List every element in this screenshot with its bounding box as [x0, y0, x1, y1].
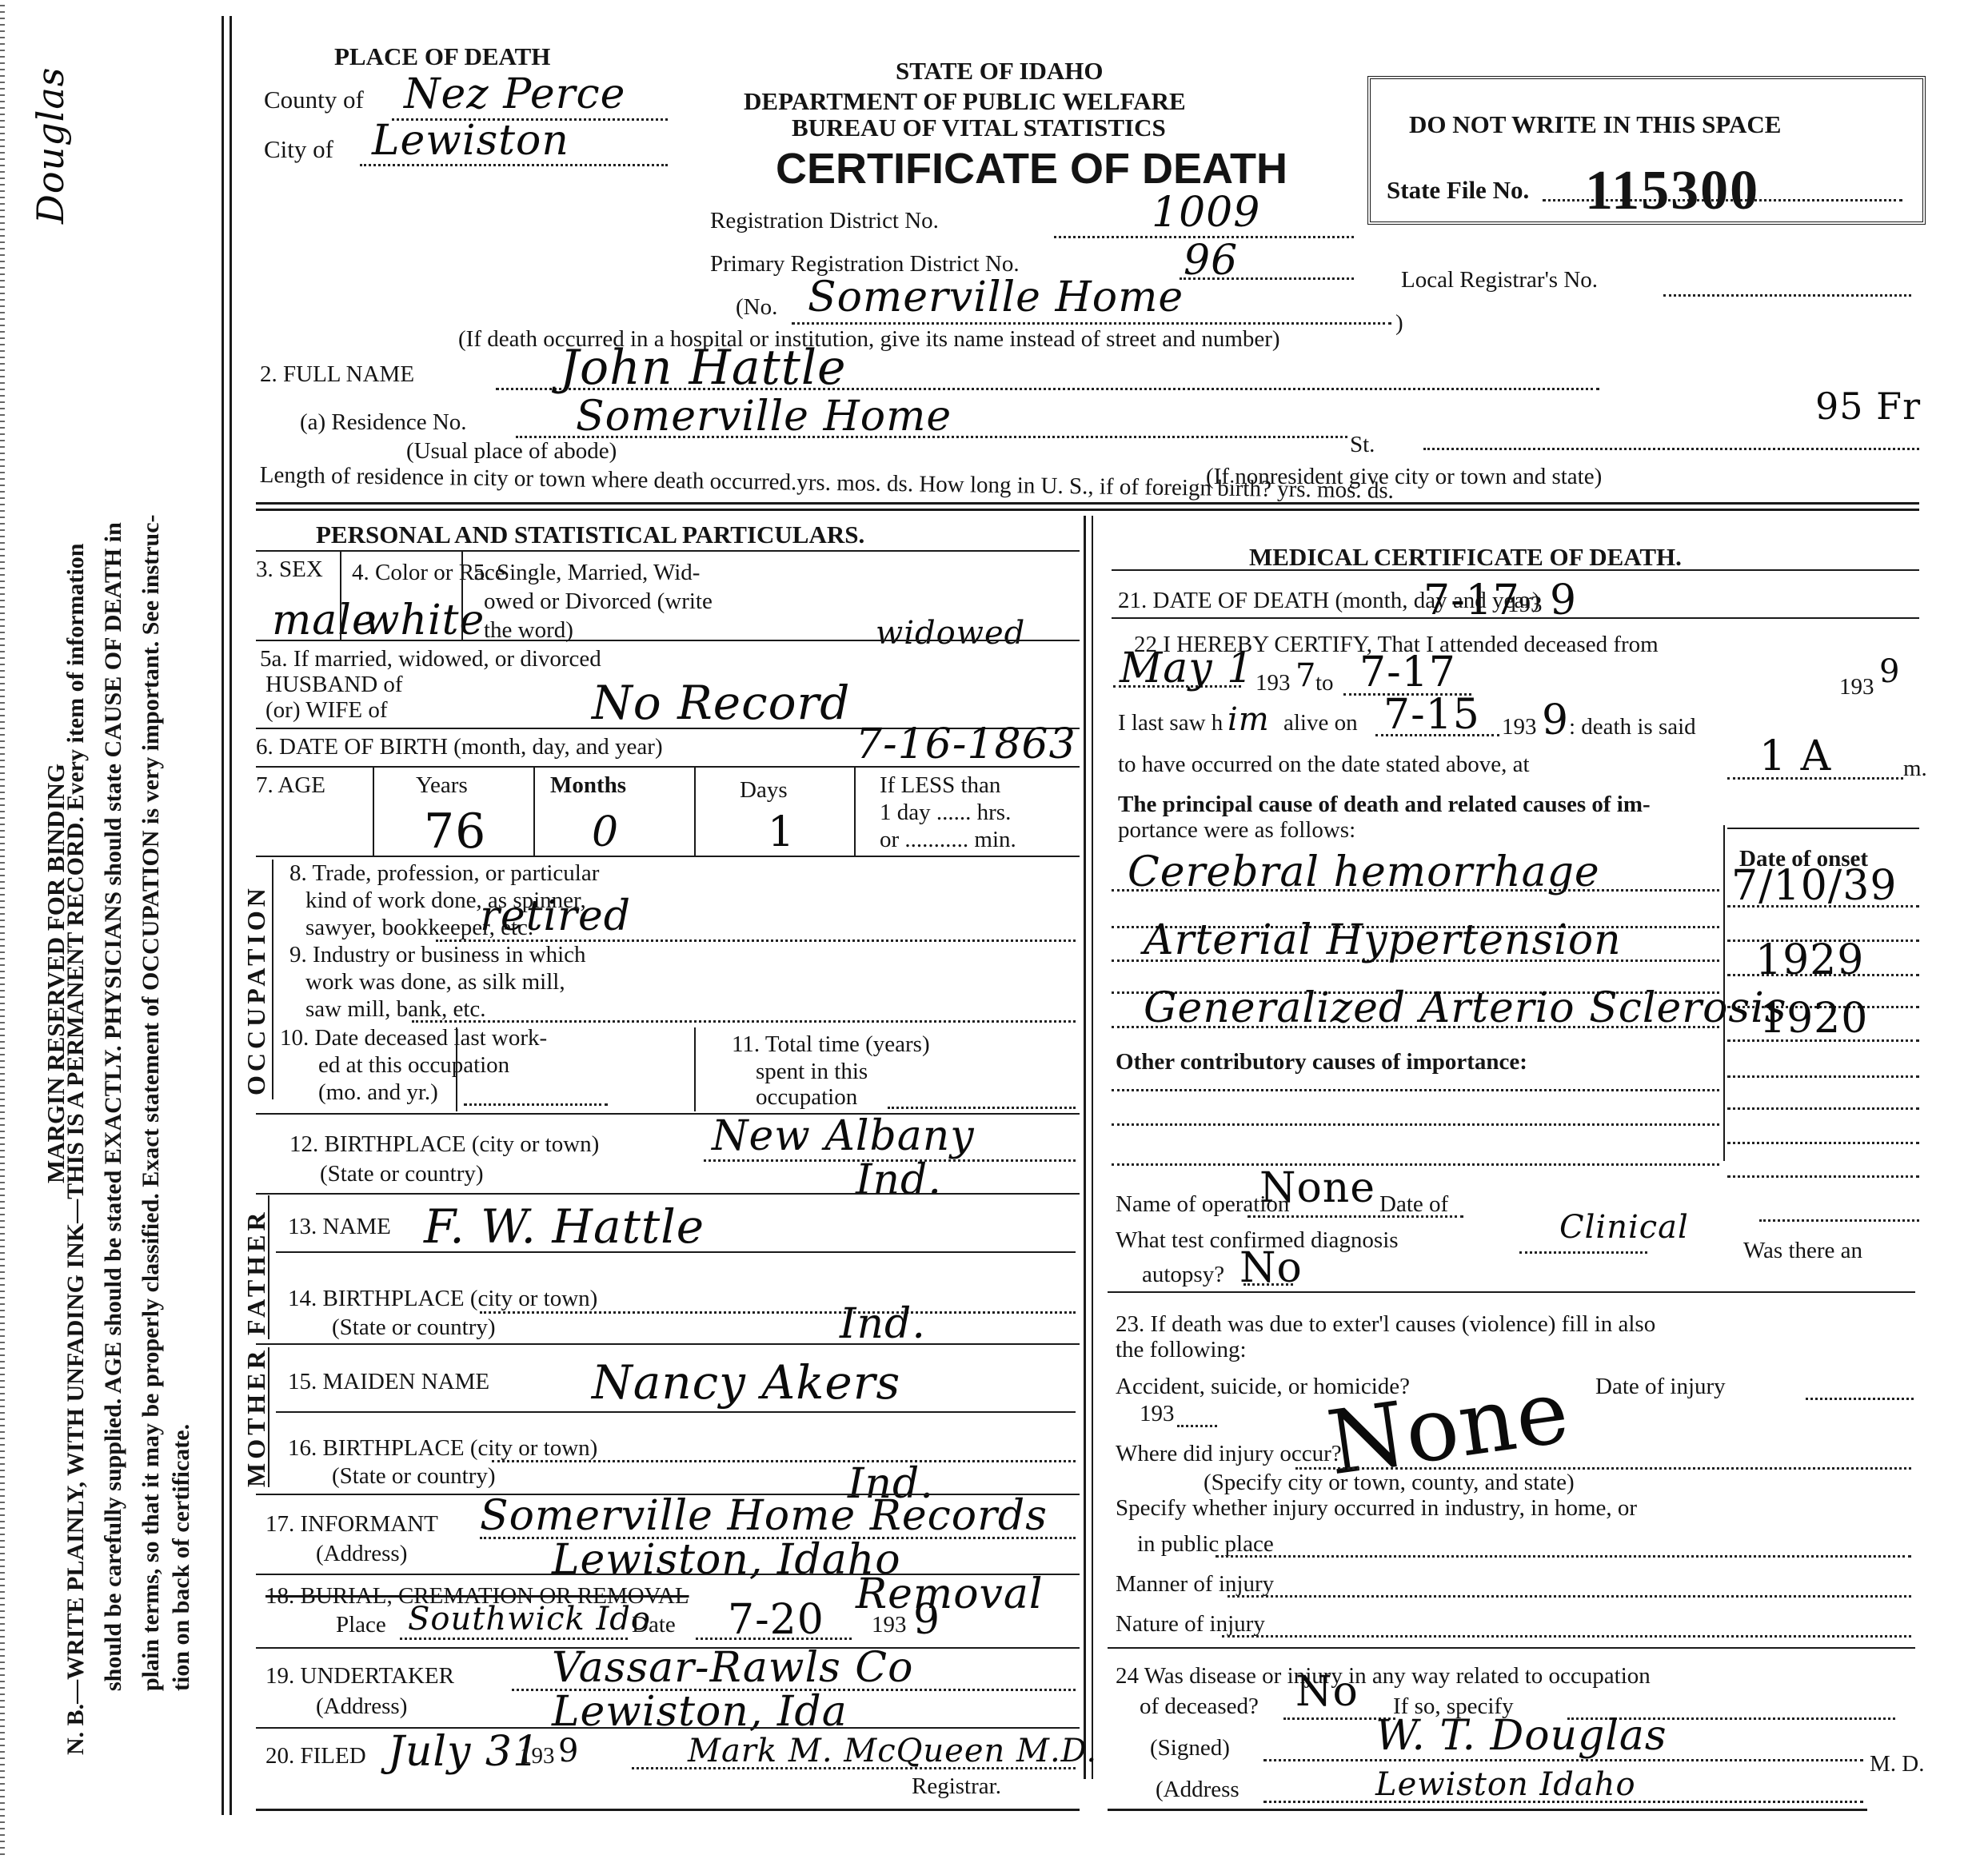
- father-birthplace-label: 14. BIRTHPLACE (city or town): [288, 1286, 597, 1311]
- divider: [256, 1193, 1080, 1195]
- cell-divider: [694, 1027, 696, 1111]
- margin-instruction-line4: tion on back of certificate.: [168, 1424, 195, 1691]
- specify-city-label: (Specify city or town, county, and state…: [1204, 1470, 1575, 1495]
- to-year-value[interactable]: 9: [1879, 656, 1900, 688]
- spouse-label-3: (or) WIFE of: [265, 697, 387, 723]
- industry-label-3: saw mill, bank, etc.: [305, 996, 486, 1022]
- divider: [1108, 1291, 1915, 1293]
- burial-year-value[interactable]: 9: [913, 1599, 940, 1641]
- divider: [256, 1343, 1080, 1345]
- trade-label-1: 8. Trade, profession, or particular: [289, 860, 599, 886]
- cell-divider: [461, 552, 463, 640]
- dob-label: 6. DATE OF BIRTH (month, day, and year): [256, 734, 663, 760]
- local-registrar-label: Local Registrar's No.: [1401, 267, 1598, 293]
- divider: [256, 766, 1080, 768]
- trade-value[interactable]: retired: [480, 896, 631, 937]
- less-than-label-3: or ........... min.: [880, 827, 1016, 852]
- mother-vertical-label: MOTHER: [242, 1346, 271, 1487]
- usual-abode-note: (Usual place of abode): [406, 438, 617, 464]
- months-value[interactable]: 0: [592, 812, 619, 853]
- external-causes-label-2: the following:: [1116, 1337, 1247, 1362]
- days-value[interactable]: 1: [768, 812, 795, 853]
- public-place-line: [1216, 1555, 1911, 1558]
- last-saw-label: I last saw h: [1118, 710, 1223, 736]
- filed-date-value[interactable]: July 31: [388, 1731, 540, 1773]
- margin-instruction-line2: should be carefully supplied. AGE should…: [100, 522, 127, 1691]
- principal-cause-label-2: portance were as follows:: [1118, 817, 1355, 843]
- last-worked-line: [464, 1103, 608, 1106]
- mother-birthplace-state-label: (State or country): [332, 1463, 496, 1489]
- death-said-label: : death is said: [1569, 714, 1696, 740]
- to-year-prefix: 193: [1839, 674, 1874, 700]
- less-than-label-1: If LESS than: [880, 772, 1000, 798]
- registration-district-label: Registration District No.: [710, 208, 939, 233]
- divider: [256, 1809, 1080, 1811]
- divider: [256, 509, 1919, 511]
- divider: [256, 856, 1080, 857]
- street-no-label: (No.: [736, 294, 777, 320]
- occupation-related-label-1: 24 Was disease or injury in any way rela…: [1116, 1663, 1651, 1689]
- specify-whether-label-2: in public place: [1137, 1531, 1274, 1557]
- last-saw-pronoun[interactable]: im: [1228, 704, 1270, 736]
- industry-label-2: work was done, as silk mill,: [305, 969, 565, 995]
- street-no-line: [792, 322, 1391, 325]
- divider: [1108, 1809, 1867, 1811]
- divider: [276, 1251, 1076, 1253]
- total-time-line: [888, 1107, 1076, 1109]
- county-label: County of: [264, 86, 364, 114]
- filed-year-prefix: 193: [520, 1743, 555, 1769]
- primary-registration-value[interactable]: 96: [1184, 240, 1238, 281]
- spouse-label-1: 5a. If married, widowed, or divorced: [260, 646, 601, 672]
- divider: [1112, 617, 1919, 619]
- birthplace-state-label: (State or country): [320, 1161, 484, 1187]
- onset-3-value[interactable]: 1920: [1759, 998, 1868, 1039]
- full-name-label: 2. FULL NAME: [260, 361, 414, 387]
- residence-label: (a) Residence No.: [300, 409, 467, 435]
- sex-label: 3. SEX: [256, 557, 323, 582]
- onset-line: [1727, 1107, 1919, 1110]
- physician-address-value[interactable]: Lewiston Idaho: [1375, 1769, 1636, 1801]
- years-value[interactable]: 76: [424, 808, 486, 856]
- date-of-operation-line: [1759, 1219, 1919, 1222]
- am-pm-label: m.: [1903, 756, 1927, 781]
- mother-birthplace-label: 16. BIRTHPLACE (city or town): [288, 1435, 597, 1461]
- divider: [256, 502, 1919, 505]
- filed-year-value[interactable]: 9: [558, 1735, 579, 1767]
- age-label: 7. AGE: [256, 772, 325, 798]
- total-time-label-1: 11. Total time (years): [732, 1031, 930, 1057]
- margin-handwritten-note: Douglas: [32, 67, 69, 224]
- divider: [256, 640, 1080, 641]
- to-label: to: [1315, 670, 1334, 696]
- marital-label-1: 5. Single, Married, Wid-: [473, 560, 700, 585]
- industry-line: [412, 1020, 1076, 1023]
- frame-left: [222, 16, 224, 1815]
- marital-value[interactable]: widowed: [876, 617, 1025, 649]
- undertaker-label: 19. UNDERTAKER: [265, 1663, 454, 1689]
- father-birthplace-state-label: (State or country): [332, 1314, 496, 1340]
- spouse-label-2: HUSBAND of: [265, 672, 403, 697]
- autopsy-label-2: autopsy?: [1142, 1262, 1224, 1287]
- informant-address-label: (Address): [316, 1541, 407, 1566]
- burial-date-label: Date: [632, 1612, 676, 1638]
- date-of-death-year-value[interactable]: 9: [1550, 580, 1577, 621]
- burial-place-label: Place: [336, 1612, 386, 1638]
- test-confirmed-line: [1519, 1251, 1647, 1254]
- father-name-label: 13. NAME: [288, 1214, 391, 1239]
- last-worked-label-2: ed at this occupation: [318, 1052, 509, 1078]
- medical-section-title: MEDICAL CERTIFICATE OF DEATH.: [1249, 544, 1682, 572]
- place-of-death-title: PLACE OF DEATH: [334, 43, 550, 71]
- days-label: Days: [740, 777, 788, 803]
- signed-label: (Signed): [1150, 1735, 1230, 1761]
- other-cause-line: [1112, 1123, 1719, 1126]
- street-label: St.: [1350, 432, 1375, 457]
- burial-value[interactable]: Removal: [856, 1574, 1044, 1615]
- birthplace-state-value[interactable]: Ind.: [856, 1159, 942, 1201]
- last-worked-label-1: 10. Date deceased last work-: [280, 1025, 547, 1051]
- specify-whether-label-1: Specify whether injury occurred in indus…: [1116, 1495, 1637, 1521]
- last-saw-year-prefix: 193: [1502, 714, 1537, 740]
- onset-2-value[interactable]: 1929: [1755, 939, 1864, 981]
- registration-district-value[interactable]: 1009: [1152, 192, 1260, 233]
- autopsy-label-1: Was there an: [1743, 1238, 1862, 1263]
- nature-line: [1222, 1635, 1911, 1638]
- birthplace-label: 12. BIRTHPLACE (city or town): [289, 1131, 599, 1157]
- onset-line: [1727, 1175, 1919, 1178]
- manner-line: [1228, 1595, 1911, 1598]
- state-file-label: State File No.: [1387, 177, 1529, 205]
- years-label: Years: [416, 772, 468, 798]
- city-label: City of: [264, 136, 333, 164]
- physician-signature[interactable]: W. T. Douglas: [1375, 1715, 1667, 1757]
- attended-from-value[interactable]: May 1: [1120, 648, 1254, 689]
- divider: [256, 550, 1080, 552]
- informant-value[interactable]: Somerville Home Records: [480, 1495, 1048, 1537]
- undertaker-address-label: (Address): [316, 1693, 407, 1719]
- margin-instruction-line1: N. B.—WRITE PLAINLY, WITH UNFADING INK—T…: [62, 544, 90, 1755]
- perforated-edge: [0, 0, 5, 1859]
- burial-year-prefix: 193: [872, 1612, 907, 1638]
- divider: [1727, 828, 1919, 829]
- cause-3-value[interactable]: Generalized Arterio Sclerosis: [1144, 987, 1786, 1029]
- sex-value[interactable]: male: [272, 600, 377, 641]
- father-name-value[interactable]: F. W. Hattle: [424, 1203, 705, 1250]
- certificate-title: CERTIFICATE OF DEATH: [776, 144, 1287, 193]
- other-causes-label: Other contributory causes of importance:: [1116, 1049, 1527, 1075]
- state-title: STATE OF IDAHO: [896, 58, 1104, 86]
- divider: [256, 1727, 1080, 1729]
- registrar-label: Registrar.: [912, 1773, 1001, 1799]
- full-name-value[interactable]: John Hattle: [560, 344, 847, 392]
- attended-to-value[interactable]: 7-17: [1359, 652, 1456, 693]
- cell-divider: [373, 768, 374, 856]
- occupation-related-value[interactable]: No: [1295, 1671, 1359, 1713]
- injury-year-line: [1177, 1425, 1217, 1427]
- cell-divider: [854, 768, 856, 856]
- injury-year-prefix: 193: [1140, 1401, 1175, 1426]
- md-label: M. D.: [1870, 1751, 1924, 1777]
- mother-name-value[interactable]: Nancy Akers: [592, 1359, 900, 1406]
- office-use-title: DO NOT WRITE IN THIS SPACE: [1409, 111, 1781, 139]
- frame-left-inner: [230, 16, 232, 1815]
- cell-divider: [533, 768, 535, 856]
- mother-name-label: 15. MAIDEN NAME: [288, 1369, 489, 1394]
- industry-label-1: 9. Industry or business in which: [289, 942, 586, 967]
- bureau-title: BUREAU OF VITAL STATISTICS: [792, 114, 1166, 142]
- test-confirmed-value[interactable]: Clinical: [1559, 1211, 1689, 1243]
- burial-date-value[interactable]: 7-20: [728, 1599, 824, 1641]
- margin-instruction-line3: plain terms, so that it may be properly …: [138, 515, 165, 1692]
- other-cause-line: [1112, 1163, 1719, 1166]
- state-file-value: 115300: [1585, 159, 1759, 223]
- occupation-side-line: [272, 860, 273, 1099]
- mother-side-line: [268, 1347, 269, 1487]
- city-value[interactable]: Lewiston: [372, 120, 569, 162]
- cell-divider: [456, 1027, 457, 1111]
- last-saw-year-value[interactable]: 9: [1542, 700, 1569, 741]
- street-no-value[interactable]: Somerville Home: [808, 277, 1184, 318]
- last-saw-value[interactable]: 7-15: [1383, 694, 1480, 736]
- divider: [276, 1411, 1076, 1413]
- mother-birthplace-line: [492, 1460, 1076, 1462]
- total-time-label-3: occupation: [756, 1084, 857, 1110]
- onset-1-value[interactable]: 7/10/39: [1731, 865, 1897, 907]
- cause-1-value[interactable]: Cerebral hemorrhage: [1128, 852, 1600, 893]
- last-worked-label-3: (mo. and yr.): [318, 1079, 438, 1105]
- months-label: Months: [550, 772, 626, 798]
- onset-line: [1727, 1075, 1919, 1078]
- street-no-close: ): [1395, 310, 1403, 336]
- principal-cause-label-1: The principal cause of death and related…: [1118, 792, 1651, 817]
- informant-label: 17. INFORMANT: [265, 1511, 438, 1537]
- county-value[interactable]: Nez Perce: [404, 74, 625, 115]
- father-birthplace-value[interactable]: Ind.: [840, 1303, 926, 1345]
- dob-value[interactable]: 7-16-1863: [856, 724, 1076, 765]
- date-of-death-value[interactable]: 7-17: [1423, 580, 1520, 621]
- residence-value[interactable]: Somerville Home: [576, 396, 952, 437]
- spouse-value[interactable]: No Record: [592, 680, 850, 726]
- injury-location-label: Where did injury occur?: [1116, 1441, 1342, 1466]
- date-of-death-year-prefix: 193: [1507, 592, 1543, 617]
- department-title: DEPARTMENT OF PUBLIC WELFARE: [744, 88, 1186, 116]
- operation-value[interactable]: None: [1259, 1167, 1375, 1209]
- alive-on-label: alive on: [1283, 710, 1358, 736]
- date-of-operation-label: Date of: [1379, 1191, 1448, 1217]
- side-note: 95 Fr: [1815, 388, 1921, 425]
- registrar-signature[interactable]: Mark M. McQueen M.D.: [688, 1735, 1097, 1767]
- burial-place-line: [400, 1638, 628, 1640]
- cell-divider: [340, 552, 341, 640]
- less-than-label-2: 1 day ...... hrs.: [880, 800, 1011, 825]
- column-divider: [1084, 516, 1086, 1779]
- physician-address-label: (Address: [1156, 1777, 1240, 1802]
- injury-date-line: [1806, 1398, 1914, 1400]
- occurred-label: to have occurred on the date stated abov…: [1118, 752, 1530, 777]
- father-birthplace-line: [480, 1311, 1076, 1314]
- injury-date-label: Date of injury: [1595, 1374, 1726, 1399]
- father-side-line: [268, 1195, 269, 1339]
- cell-divider: [694, 768, 696, 856]
- father-vertical-label: FATHER: [242, 1208, 271, 1335]
- marital-label-2: owed or Divorced (write: [484, 588, 713, 614]
- occupation-related-label-2: of deceased?: [1140, 1693, 1259, 1719]
- manner-of-injury-label: Manner of injury: [1116, 1571, 1274, 1597]
- autopsy-value[interactable]: No: [1240, 1247, 1303, 1289]
- external-causes-label-1: 23. If death was due to exter'l causes (…: [1116, 1311, 1655, 1337]
- filed-label: 20. FILED: [265, 1743, 366, 1769]
- column-divider-inner: [1092, 516, 1093, 1779]
- from-year-value[interactable]: 7: [1295, 660, 1316, 692]
- divider: [1108, 1647, 1915, 1649]
- occupation-vertical-label: OCCUPATION: [242, 884, 271, 1095]
- divider: [1112, 569, 1919, 571]
- birthplace-city-value[interactable]: New Albany: [712, 1115, 975, 1157]
- race-value[interactable]: white: [364, 600, 485, 641]
- nature-of-injury-label: Nature of injury: [1116, 1611, 1265, 1637]
- time-value[interactable]: 1 A: [1759, 736, 1831, 777]
- onset-line: [1727, 1142, 1919, 1144]
- office-use-box: DO NOT WRITE IN THIS SPACE State File No…: [1367, 76, 1926, 225]
- total-time-label-2: spent in this: [756, 1059, 868, 1084]
- from-year-prefix: 193: [1255, 670, 1291, 696]
- personal-section-title: PERSONAL AND STATISTICAL PARTICULARS.: [316, 521, 864, 549]
- other-cause-line: [1112, 1089, 1719, 1091]
- local-registrar-line: [1663, 294, 1911, 297]
- undertaker-value[interactable]: Vassar-Rawls Co: [552, 1647, 913, 1689]
- nonresident-line: [1423, 448, 1919, 450]
- cause-2-value[interactable]: Arterial Hypertension: [1144, 920, 1622, 961]
- burial-place-value[interactable]: Southwick Ido: [408, 1603, 651, 1635]
